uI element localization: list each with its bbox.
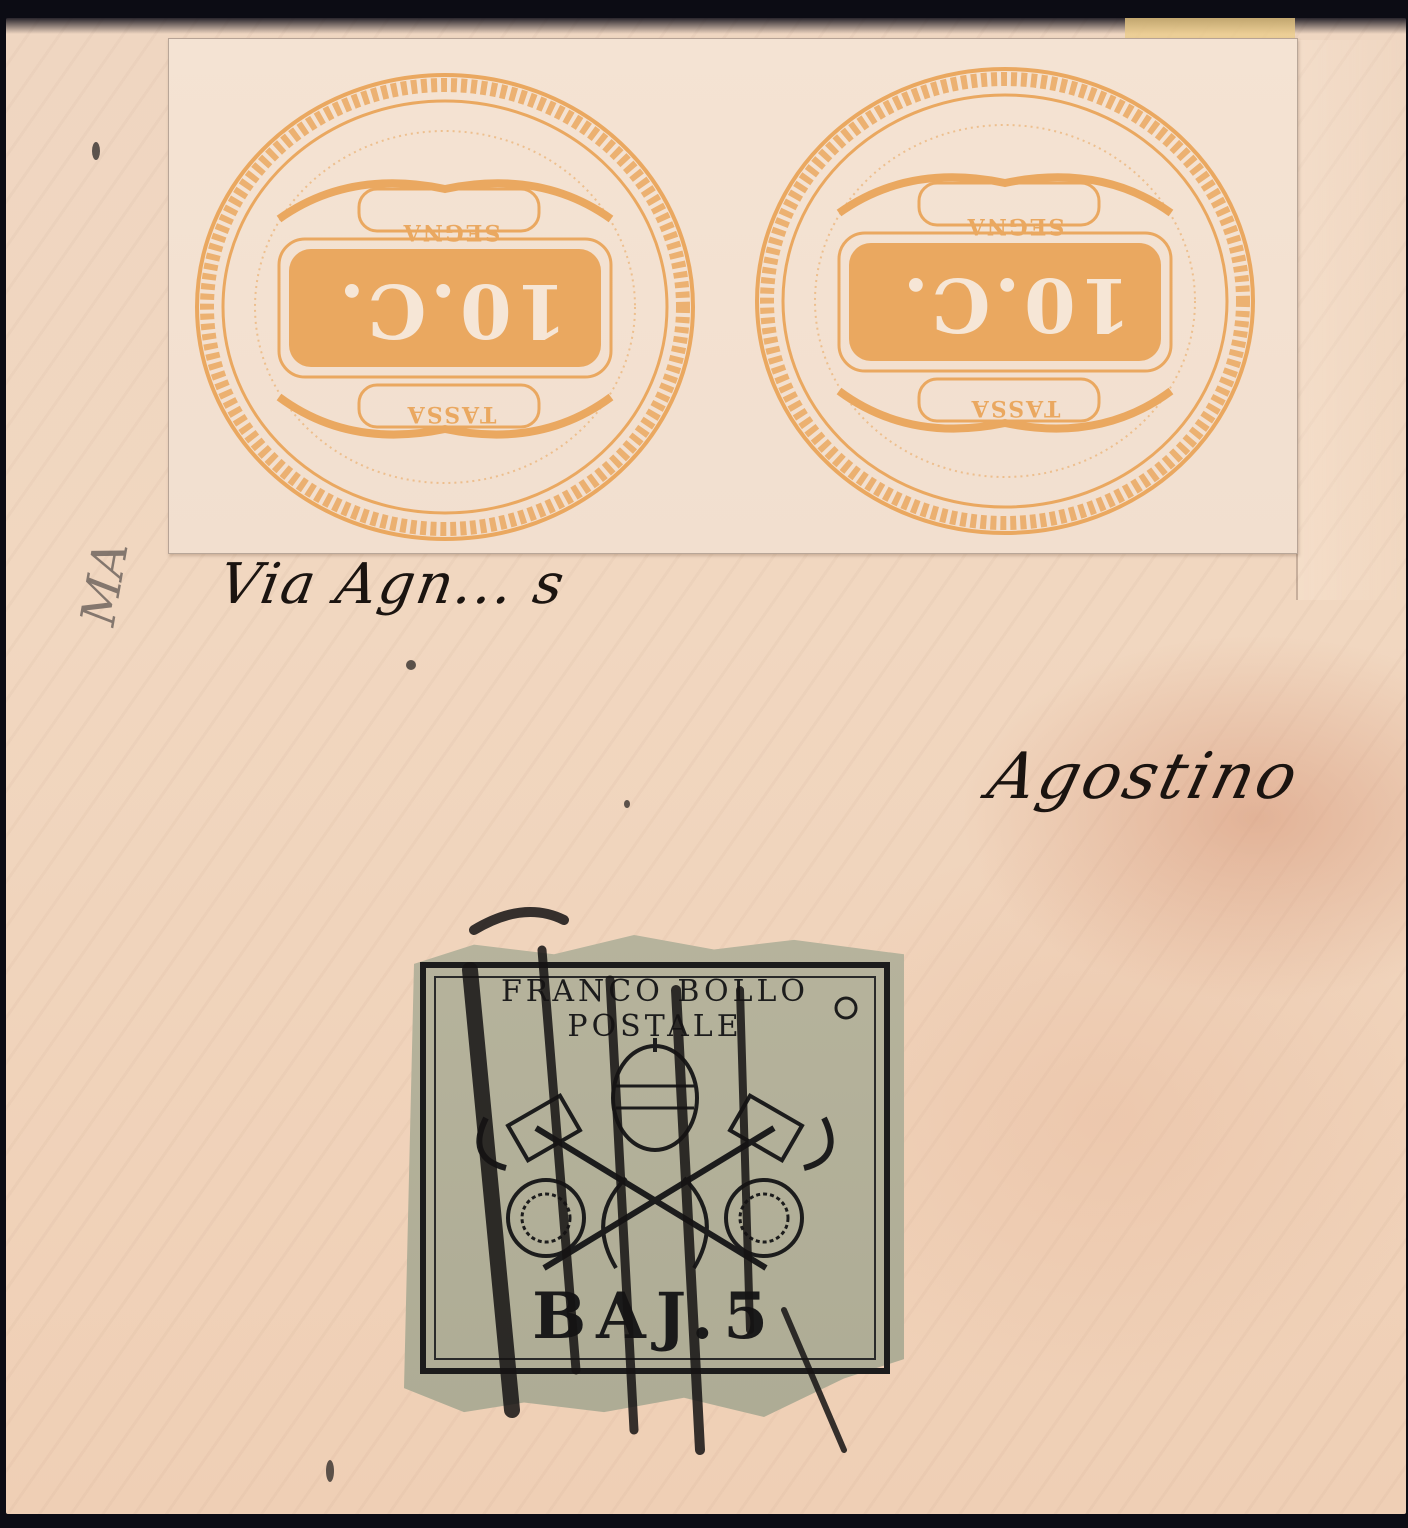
handwritten-address-line-1: Via Agn... s [214, 552, 570, 617]
papal-states-stamp: FRANCO BOLLO POSTALE BAJ.5 [420, 962, 890, 1374]
due-label-top: SEGNA [169, 219, 733, 245]
due-label-bottom: TASSA [169, 401, 733, 427]
stamp-denomination: BAJ.5 [426, 1279, 884, 1354]
ink-speck [624, 800, 630, 808]
ink-speck [92, 142, 100, 160]
postage-due-stamp-right: SEGNA 10.C. TASSA [733, 39, 1297, 553]
ink-speck [326, 1460, 334, 1482]
handwritten-address-line-2: Agostino [981, 740, 1308, 814]
due-value: 10.C. [169, 267, 733, 353]
stamp-inscription: FRANCO BOLLO POSTALE [426, 974, 884, 1044]
envelope-flap [1296, 40, 1408, 600]
due-value: 10.C. [733, 261, 1297, 347]
ink-speck [406, 660, 416, 670]
postage-due-pair: SEGNA 10.C. TASSA SEGNA 10.C. TASSA [168, 38, 1298, 554]
postage-due-stamp-left: SEGNA 10.C. TASSA [169, 39, 733, 553]
due-label-bottom: TASSA [733, 395, 1297, 421]
due-label-top: SEGNA [733, 213, 1297, 239]
